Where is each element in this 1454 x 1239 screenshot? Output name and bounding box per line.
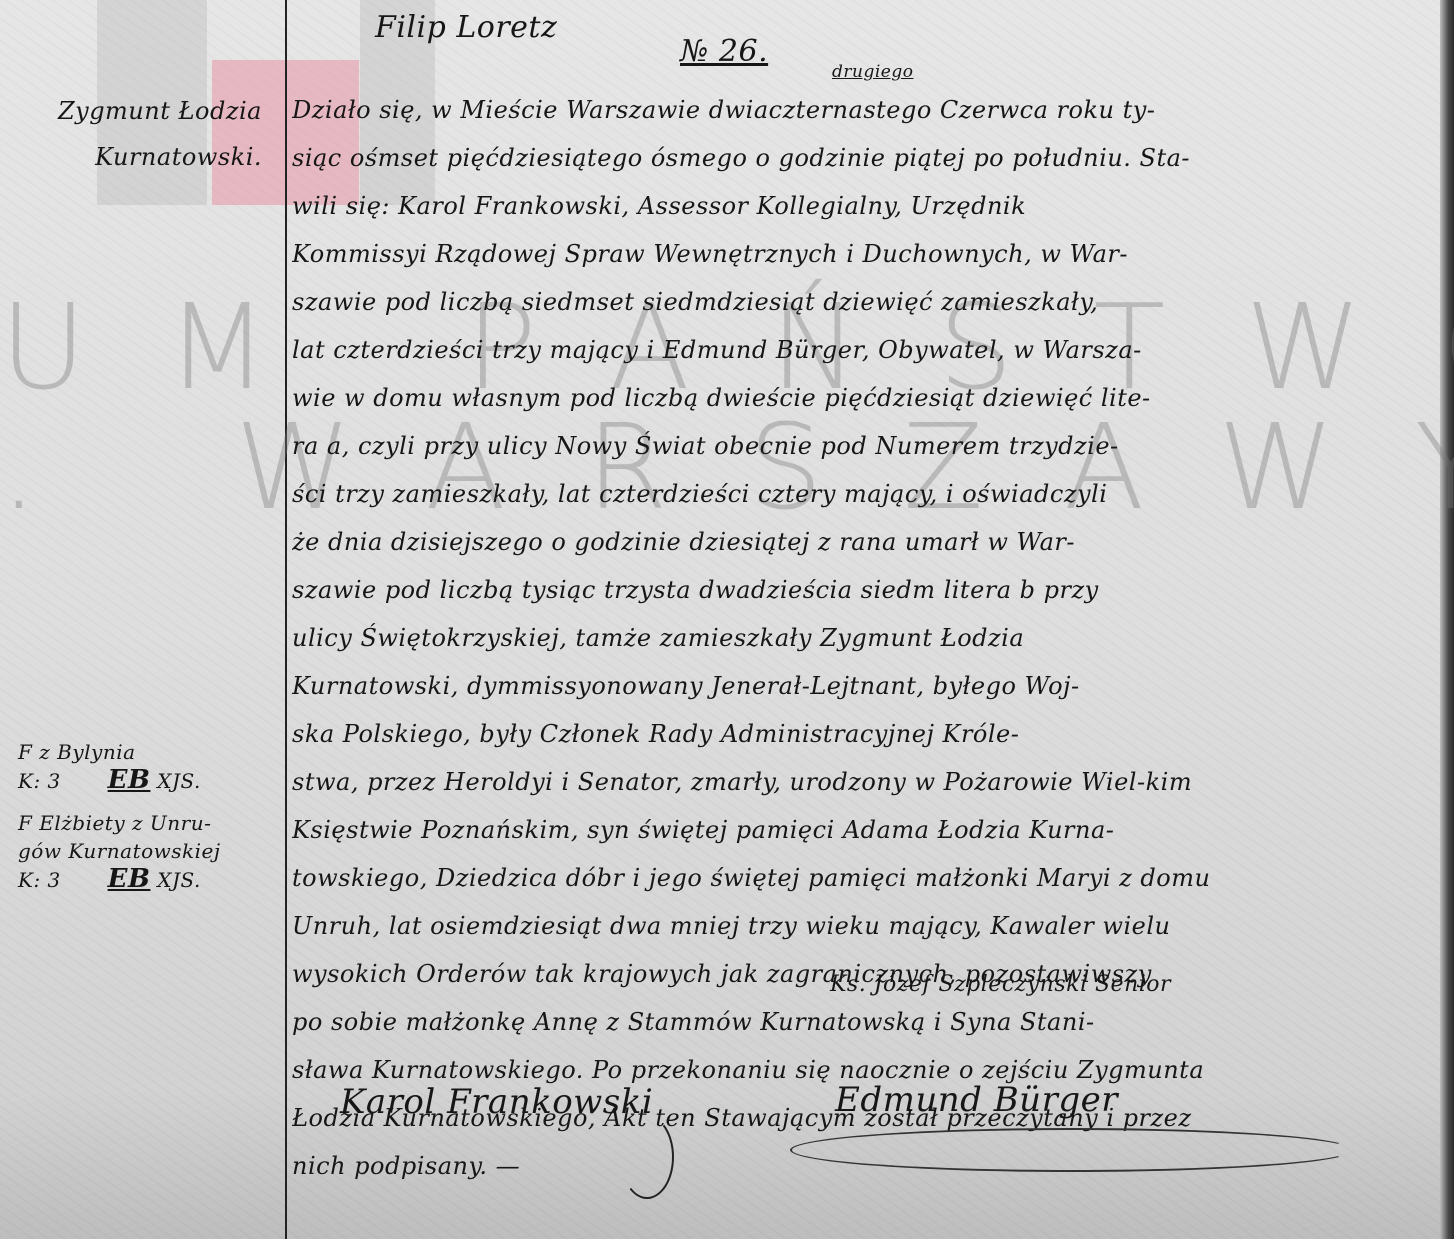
- witness-signature-frankowski: Karol Frankowski: [340, 1082, 653, 1122]
- annotation-line: K: 3 EB XJS.: [18, 865, 288, 894]
- body-line: Unruh, lat osiemdziesiąt dwa mniej trzy …: [292, 902, 1427, 950]
- body-line: wie w domu własnym pod liczbą dwieście p…: [292, 374, 1427, 422]
- annotation-initials: EB: [108, 765, 151, 795]
- annotation-line: F Elżbiety z Unru-: [18, 809, 288, 837]
- annotation-line: F z Bylynia: [18, 738, 288, 766]
- body-line: Działo się, w Mieście Warszawie dwiaczte…: [292, 86, 1427, 134]
- page-binding-edge: [1440, 0, 1454, 1239]
- body-line: ści trzy zamieszkały, lat czterdzieści c…: [292, 470, 1427, 518]
- signature-flourish: [790, 1128, 1354, 1172]
- body-line: Kommissyi Rządowej Spraw Wewnętrznych i …: [292, 230, 1427, 278]
- body-line: lat czterdzieści trzy mający i Edmund Bü…: [292, 326, 1427, 374]
- body-line: po sobie małżonkę Annę z Stammów Kurnato…: [292, 998, 1427, 1046]
- inserted-word: drugiego: [832, 62, 913, 82]
- annotation-line: gów Kurnatowskiej: [18, 837, 288, 865]
- annotation-suffix: XJS.: [157, 868, 201, 892]
- annotation-initials: EB: [108, 864, 151, 894]
- body-line: Kurnatowski, dymmissyonowany Jenerał-Lej…: [292, 662, 1427, 710]
- record-number: № 26.: [680, 34, 768, 69]
- body-line: wili się: Karol Frankowski, Assessor Kol…: [292, 182, 1427, 230]
- body-line: że dnia dzisiejszego o godzinie dziesiąt…: [292, 518, 1427, 566]
- annotation-ref: K: 3: [18, 868, 61, 892]
- body-line: ra a, czyli przy ulicy Nowy Świat obecni…: [292, 422, 1427, 470]
- body-line: towskiego, Dziedzica dóbr i jego świętej…: [292, 854, 1427, 902]
- body-line: szawie pod liczbą tysiąc trzysta dwadzie…: [292, 566, 1427, 614]
- body-line: siąc ośmset pięćdziesiątego ósmego o god…: [292, 134, 1427, 182]
- body-line: ska Polskiego, były Członek Rady Adminis…: [292, 710, 1427, 758]
- officiant-signature: Ks. Józef Szpleczyński Senior: [830, 972, 1171, 997]
- record-body: Działo się, w Mieście Warszawie dwiaczte…: [292, 86, 1427, 1190]
- body-line: stwa, przez Heroldyi i Senator, zmarły, …: [292, 758, 1427, 806]
- scanned-document-page: UM PAŃSTWOWE . WARSZAWY Filip Loretz № 2…: [0, 0, 1454, 1239]
- signature-flourish: [620, 1115, 674, 1199]
- marginal-annotations: F z Bylynia K: 3 EB XJS. F Elżbiety z Un…: [18, 738, 288, 894]
- margin-rule-line: [285, 0, 287, 1239]
- witness-signature-burger: Edmund Bürger: [835, 1080, 1118, 1120]
- parish-priest-name: Filip Loretz: [375, 10, 557, 45]
- deceased-name-margin: Zygmunt Łodzia Kurnatowski.: [32, 88, 262, 180]
- body-line: ulicy Świętokrzyskiej, tamże zamieszkały…: [292, 614, 1427, 662]
- annotation-ref: K: 3: [18, 769, 61, 793]
- body-line: szawie pod liczbą siedmset siedmdziesiąt…: [292, 278, 1427, 326]
- margin-name-line: Kurnatowski.: [32, 134, 262, 180]
- margin-name-line: Zygmunt Łodzia: [32, 88, 262, 134]
- annotation-line: K: 3 EB XJS.: [18, 766, 288, 795]
- body-line: Księstwie Poznańskim, syn świętej pamięc…: [292, 806, 1427, 854]
- annotation-suffix: XJS.: [157, 769, 201, 793]
